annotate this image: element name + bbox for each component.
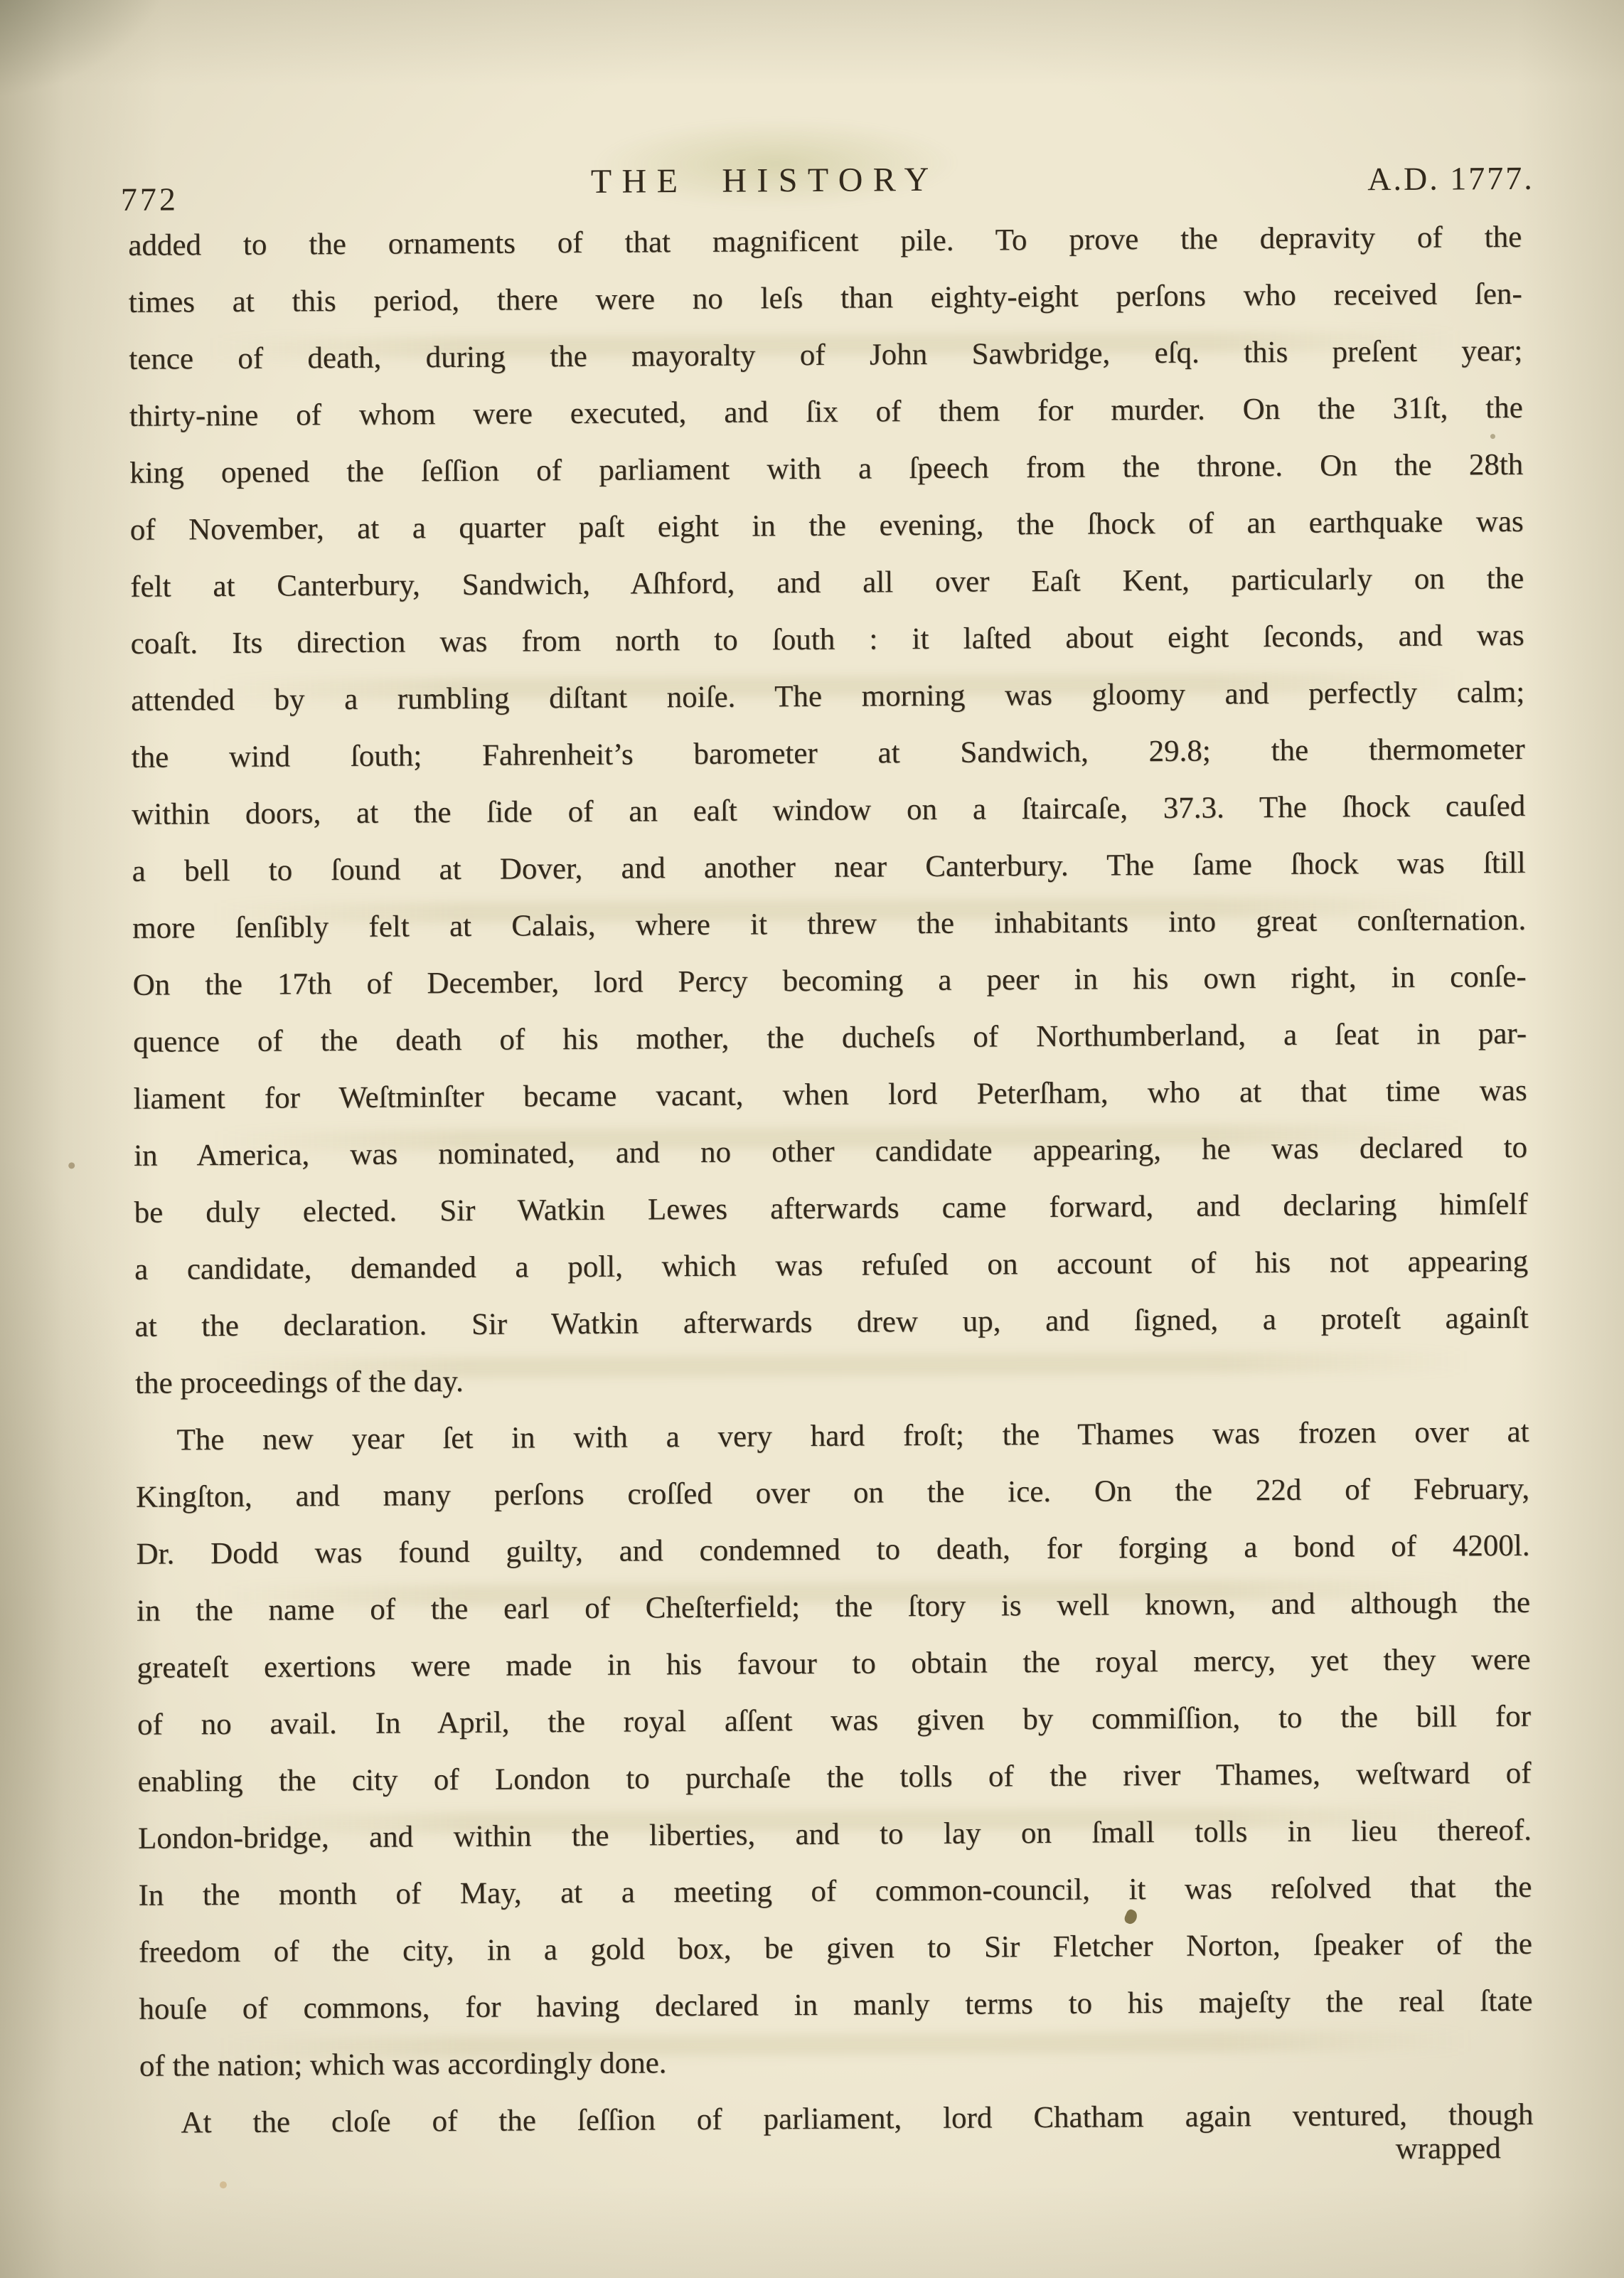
text-line: In the month of May, at a meeting of com… bbox=[138, 1859, 1532, 1925]
text-line: liament for Weſtminſter became vacant, w… bbox=[133, 1063, 1527, 1128]
text-line: Dr. Dodd was found guilty, and condemned… bbox=[136, 1518, 1529, 1583]
text-line: Kingſton, and many perſons croſſed over … bbox=[136, 1461, 1529, 1526]
text-line: thirty-nine of whom were executed, and ſ… bbox=[129, 380, 1523, 445]
text-line: At the cloſe of the ſeſſion of parliamen… bbox=[139, 2087, 1533, 2152]
page-title: THE HISTORY bbox=[591, 160, 939, 201]
text-line: greateſt exertions were made in his favo… bbox=[137, 1632, 1530, 1697]
running-header: 772 THE HISTORY A.D. 1777. bbox=[121, 156, 1534, 215]
paper-stain bbox=[68, 1162, 75, 1169]
paragraph: The new year ſet in with a very hard fro… bbox=[135, 1404, 1533, 2095]
text-line: freedom of the city, in a gold box, be g… bbox=[139, 1916, 1532, 1981]
page-scan: 772 THE HISTORY A.D. 1777. added to the … bbox=[0, 0, 1624, 2278]
text-line: king opened the ſeſſion of parliament wi… bbox=[129, 437, 1523, 502]
catchword: wrapped bbox=[1395, 2131, 1500, 2166]
text-line: coaſt. Its direction was from north to ſ… bbox=[130, 607, 1524, 673]
page-number: 772 bbox=[121, 180, 178, 218]
text-line: at the declaration. Sir Watkin afterward… bbox=[134, 1290, 1528, 1356]
text-line: the wind ſouth; Fahrenheit’s barometer a… bbox=[131, 721, 1524, 787]
text-line: attended by a rumbling diſtant noiſe. Th… bbox=[131, 664, 1524, 730]
text-line: The new year ſet in with a very hard fro… bbox=[135, 1404, 1529, 1469]
header-date: A.D. 1777. bbox=[1367, 159, 1534, 198]
text-line: felt at Canterbury, Sandwich, Aſhford, a… bbox=[130, 550, 1524, 616]
text-line: a bell to ſound at Dover, and another ne… bbox=[132, 835, 1525, 900]
text-line: times at this period, there were no leſs… bbox=[129, 266, 1522, 331]
text-line: in America, was nominated, and no other … bbox=[134, 1119, 1527, 1185]
text-line: in the name of the earl of Cheſterfield;… bbox=[137, 1575, 1530, 1640]
text-line: be duly elected. Sir Watkin Lewes afterw… bbox=[134, 1176, 1527, 1242]
paragraph: At the cloſe of the ſeſſion of parliamen… bbox=[139, 2087, 1533, 2152]
text-line: a candidate, demanded a poll, which was … bbox=[134, 1233, 1528, 1299]
text-line: enabling the city of London to purchaſe … bbox=[137, 1745, 1531, 1811]
text-line: added to the ornaments of that magnifice… bbox=[128, 209, 1522, 275]
text-line: the proceedings of the day. bbox=[135, 1347, 1529, 1412]
body-text: added to the ornaments of that magnifice… bbox=[128, 209, 1534, 2152]
paper-stain bbox=[220, 2181, 227, 2188]
text-line: houſe of commons, for having declared in… bbox=[139, 1973, 1532, 2038]
paper-stain bbox=[1490, 434, 1495, 439]
paragraph: added to the ornaments of that magnifice… bbox=[128, 209, 1529, 1412]
text-line: of November, at a quarter paſt eight in … bbox=[130, 494, 1524, 559]
text-line: London-bridge, and within the liberties,… bbox=[138, 1802, 1532, 1868]
text-line: of no avail. In April, the royal aſſent … bbox=[137, 1688, 1531, 1754]
text-line: On the 17th of December, lord Percy beco… bbox=[132, 949, 1526, 1014]
text-line: tence of death, during the mayoralty of … bbox=[129, 323, 1522, 388]
text-line: within doors, at the ſide of an eaſt win… bbox=[132, 778, 1525, 843]
text-line: more ſenſibly felt at Calais, where it t… bbox=[132, 892, 1526, 957]
text-line: quence of the death of his mother, the d… bbox=[133, 1006, 1527, 1071]
scanned-book-page: { "page": { "number": "772", "header_tit… bbox=[0, 0, 1624, 2278]
text-line: of the nation; which was accordingly don… bbox=[139, 2030, 1533, 2095]
